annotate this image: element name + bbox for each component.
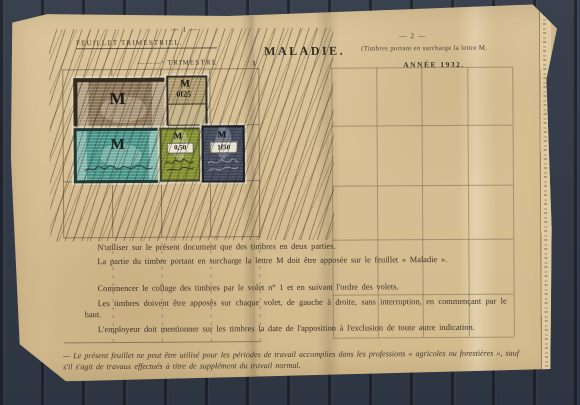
stamp-overprint: M [174, 131, 183, 141]
stamp-small-blue: M 1f50 [202, 125, 245, 182]
surcharge-note: (Timbres portant en surcharge la lettre … [361, 45, 487, 53]
instruction-line: L'employeur doit mentionner sur les timb… [85, 322, 507, 336]
page-title: MALADIE. [264, 44, 345, 59]
document-sheet: — 1 — — 2 — FEUILLET TRIMESTRIEL. ———ᵉ T… [9, 4, 559, 381]
stamp-value: 0f25 [176, 90, 191, 99]
stamp-overprint: M [111, 137, 125, 154]
instruction-line: Commencer le collage des timbres par le … [85, 281, 507, 295]
instruction-line: Les timbres doivent être apposés sur cha… [85, 296, 507, 321]
instruction-line: N'utiliser sur le présent document que d… [84, 240, 506, 254]
trimester-label: ———ᵉ TRIMESTRE [137, 58, 217, 66]
trimester-value: 1 [252, 59, 257, 67]
right-page-number: — 2 — [399, 31, 427, 40]
handwritten-date [206, 155, 240, 175]
stamp-overprint: M [109, 89, 125, 109]
right-stamp-grid [9, 4, 557, 7]
sheet-label: FEUILLET TRIMESTRIEL. [76, 38, 217, 49]
handwritten-date [164, 157, 196, 175]
left-stamp-grid [9, 4, 557, 7]
edge-micro-text [543, 14, 548, 366]
page-edge-strip [539, 8, 553, 374]
stamp-small-olive: M 0,50 [160, 128, 201, 182]
footnote: — Le présent feuillet ne peut être utili… [63, 348, 519, 373]
left-page-number: — 1 — [171, 25, 199, 34]
photo-background: — 1 — — 2 — FEUILLET TRIMESTRIEL. ———ᵉ T… [0, 0, 580, 405]
stamp-value: 0,50 [167, 143, 194, 154]
instruction-line: La partie du timbre portant en surcharge… [84, 254, 506, 268]
stamp-overprint: M [180, 79, 190, 90]
stamp-large-teal: M [74, 128, 168, 184]
stamp-overprint: M [218, 129, 227, 139]
stamp-value: 1f50 [210, 141, 238, 153]
handwritten-date [83, 163, 155, 175]
stamp-small-cream: M 0f25 [166, 75, 207, 126]
